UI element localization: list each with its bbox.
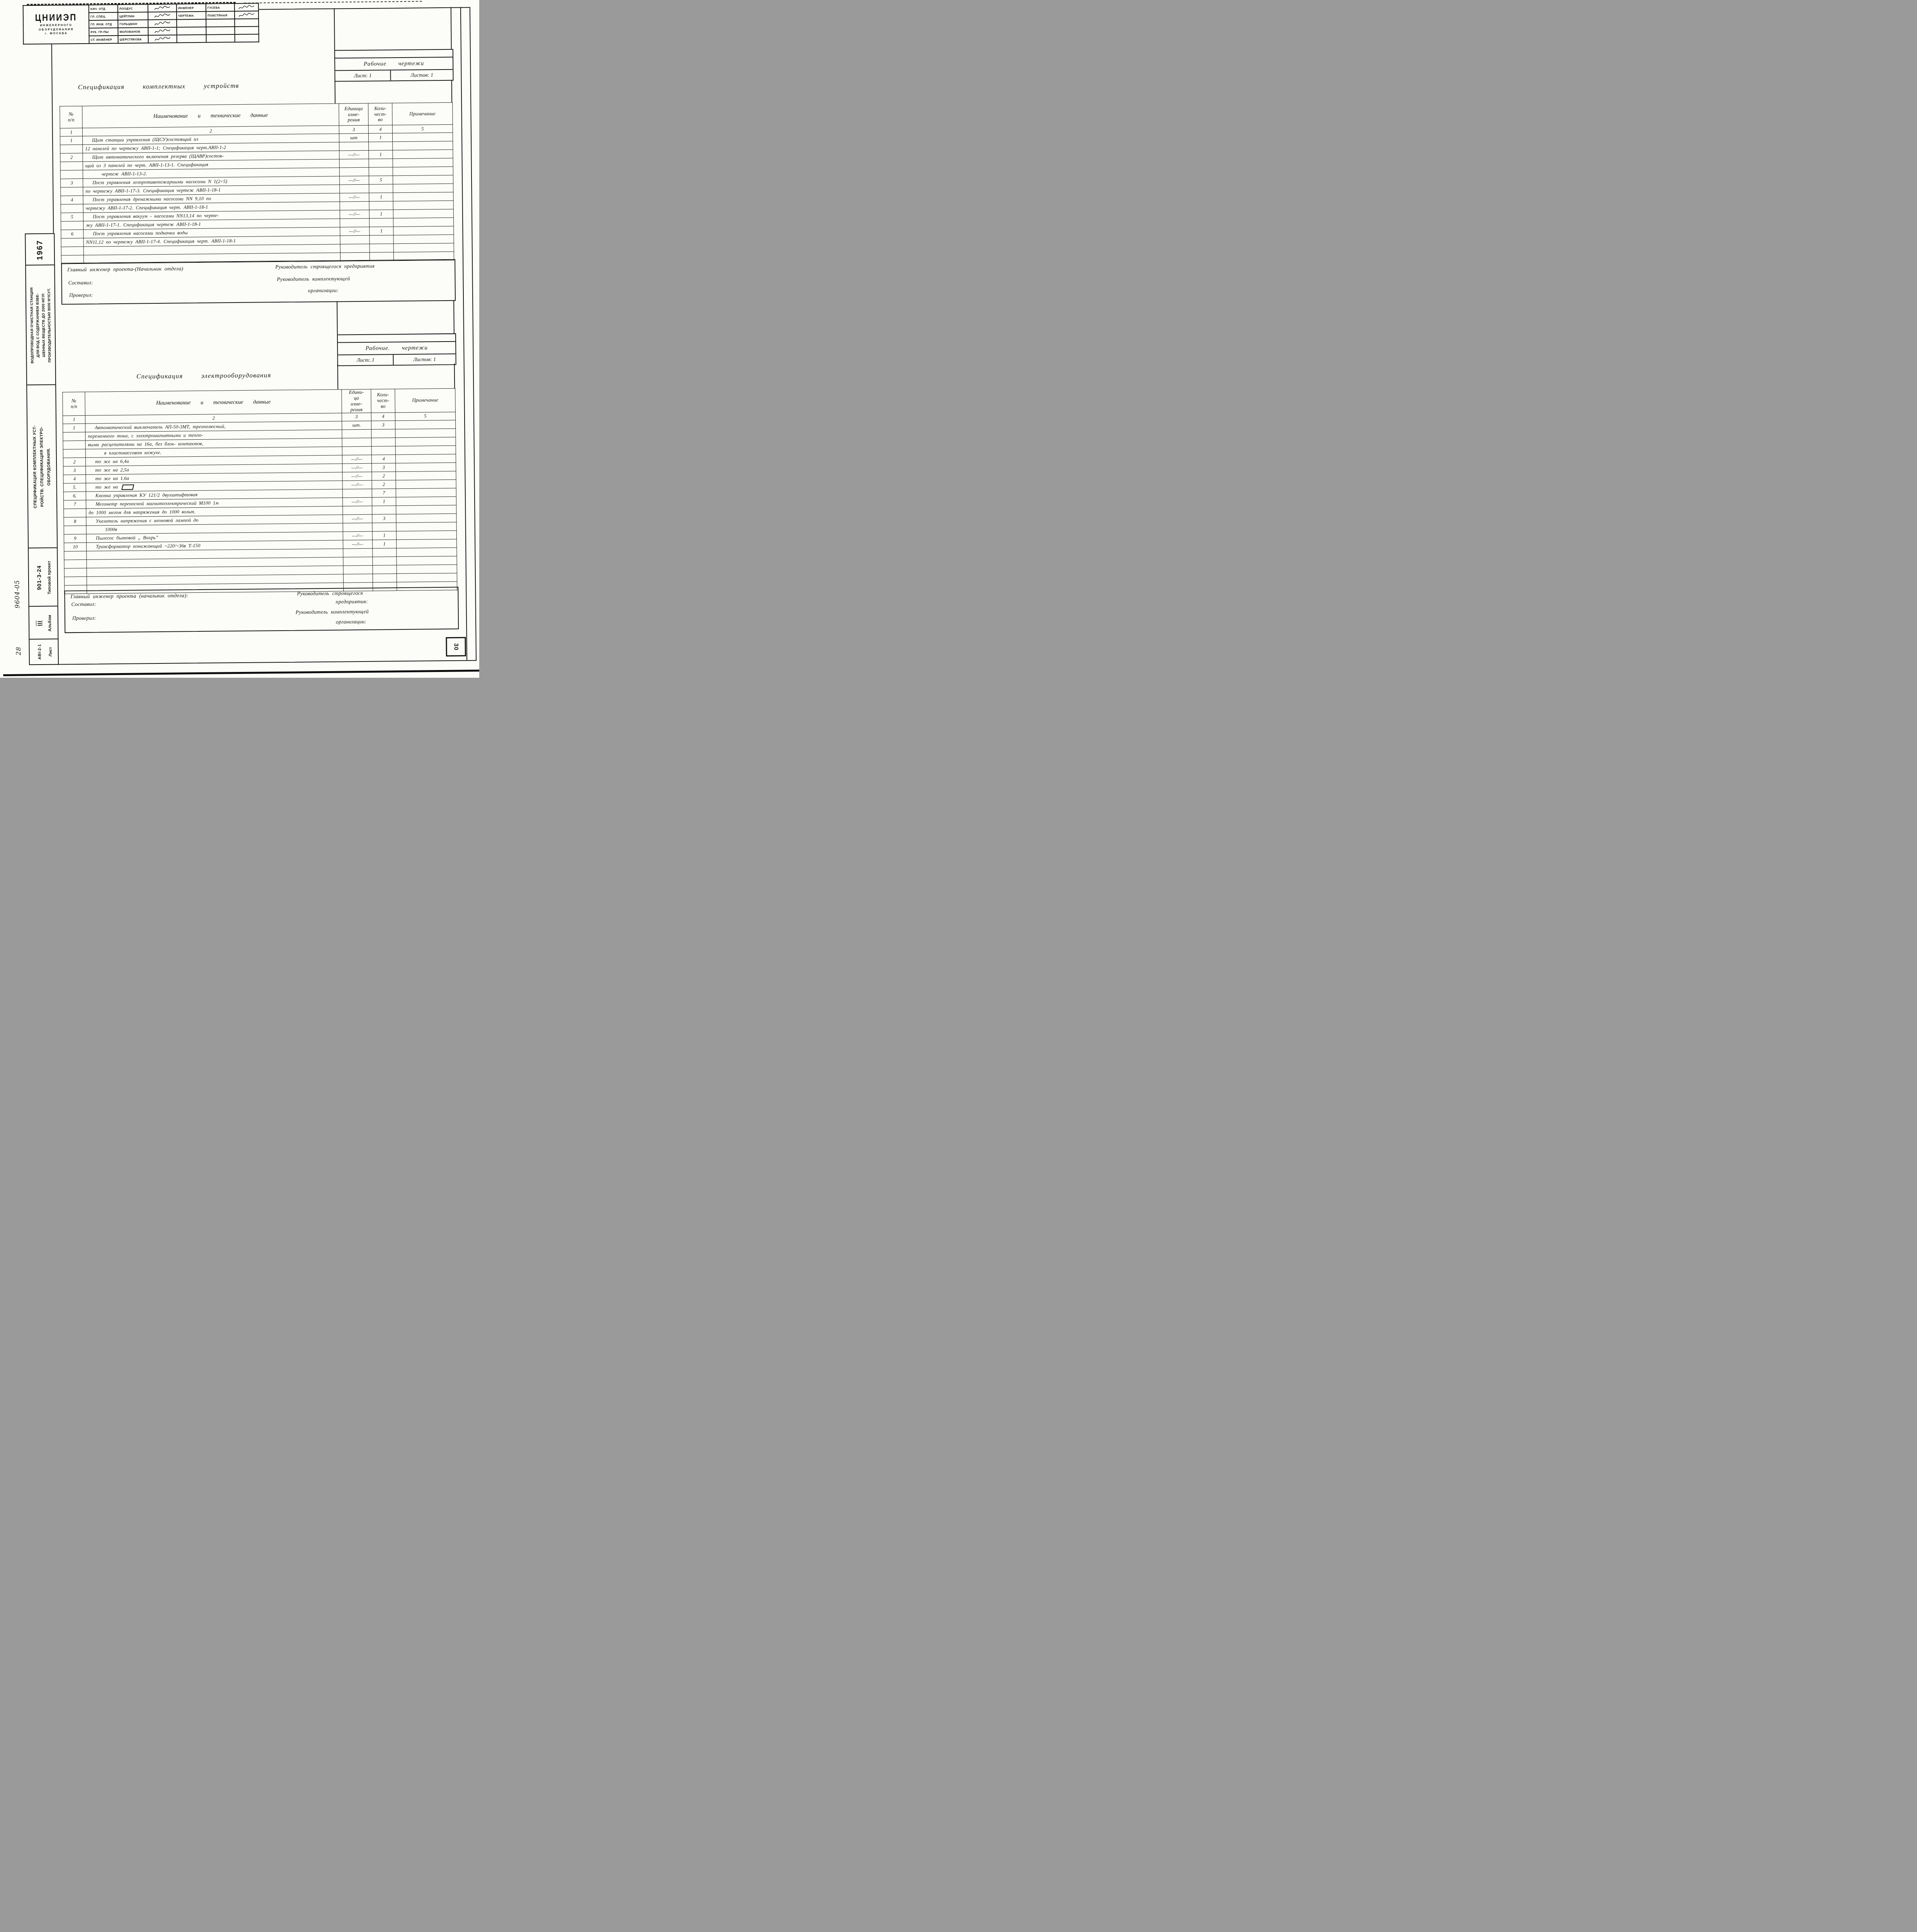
- row-number-cell: 2: [60, 153, 83, 162]
- note-cell: [396, 531, 456, 539]
- sheet-label: Лист: [48, 641, 53, 663]
- name-cell: [206, 34, 235, 43]
- col-header-note: Примечание: [395, 388, 456, 412]
- unit-cell: [342, 429, 371, 438]
- spec-table: № п/пНаименование и технические данныеЕд…: [60, 102, 454, 264]
- row-number-cell: 6.: [63, 492, 86, 500]
- project-description-box: ВОДОПРОВОДНАЯ ОЧИСТНАЯ СТАНЦИЯ ДЛЯ ВОД С…: [25, 265, 56, 386]
- quantity-cell: [369, 142, 393, 151]
- name-cell: [206, 27, 235, 35]
- row-number-cell: [63, 440, 85, 449]
- signature-cell: [148, 4, 177, 12]
- site-manager-label: Руководитель строящегося предприятия: [275, 263, 375, 270]
- note-cell: [393, 192, 453, 201]
- signature-cell: [148, 27, 177, 36]
- row-number-cell: [61, 221, 83, 230]
- row-number-cell: 8: [64, 517, 86, 526]
- position-cell: ИНЖЕНЕР: [177, 4, 206, 12]
- sheet-box: Лист АВI-2-1: [29, 639, 59, 665]
- note-cell: [397, 573, 457, 582]
- handwritten-number-note: 28: [10, 639, 26, 663]
- unit-cell: [343, 574, 373, 583]
- note-cell: [395, 446, 456, 454]
- unit-cell: —//—: [342, 472, 372, 481]
- signature-cell: [235, 3, 259, 11]
- note-cell: [393, 243, 454, 252]
- note-cell: [393, 184, 453, 192]
- note-cell: [395, 420, 456, 429]
- compiled-by-label: Составил:: [68, 280, 93, 286]
- working-drawings-title: Рабочие чертежи: [335, 58, 453, 71]
- album-box: Альбом III: [29, 606, 59, 641]
- quantity-cell: 1: [373, 539, 397, 548]
- unit-cell: —//—: [340, 193, 369, 202]
- year-box: 1967: [25, 233, 55, 267]
- signature-cell: [148, 12, 177, 20]
- signature-cell: [235, 19, 259, 27]
- quantity-cell: 5: [369, 176, 393, 185]
- checked-by-label: Проверил:: [69, 292, 93, 299]
- project-label: Типовой проект: [47, 550, 52, 604]
- unit-cell: [342, 489, 372, 498]
- unit-cell: —//—: [340, 210, 369, 219]
- project-number: 901-3-24: [36, 550, 42, 604]
- note-cell: [396, 497, 456, 505]
- row-number-cell: 3: [61, 179, 83, 187]
- col-header-note: Примечание: [392, 102, 453, 125]
- name-cell: ГОЛЬЦМАН: [118, 20, 148, 28]
- row-number-cell: 2: [63, 457, 85, 466]
- column-number: 1: [63, 415, 85, 424]
- position-cell: [177, 19, 206, 27]
- page-number: 30: [453, 643, 459, 650]
- signature-icon: [154, 28, 171, 34]
- unit-cell: —//—: [343, 514, 372, 523]
- row-number-cell: [64, 577, 87, 585]
- unit-cell: —//—: [343, 540, 373, 549]
- row-number-cell: [64, 551, 87, 560]
- note-cell: [396, 471, 456, 480]
- quantity-cell: [369, 201, 393, 210]
- unit-cell: —//—: [342, 497, 372, 506]
- row-number-cell: 6: [61, 230, 83, 238]
- col-header-unit: Едини- ца изме- рения: [342, 389, 371, 413]
- quantity-cell: [373, 565, 397, 574]
- quantity-cell: 2: [372, 471, 396, 480]
- quantity-cell: 3: [372, 463, 396, 472]
- table-1-title: Спецификация комплектных устройств: [78, 82, 239, 91]
- signature-cell: [235, 34, 259, 42]
- unit-cell: [343, 565, 373, 574]
- scan-artifact-dashes: [244, 1, 422, 3]
- checked-by-label: Проверил:: [72, 615, 96, 622]
- position-cell: [177, 35, 206, 43]
- unit-cell: —//—: [342, 463, 372, 472]
- col-header-num: № п/п: [60, 106, 83, 128]
- row-number-cell: [61, 187, 83, 196]
- sheets-total: Листов: 1: [393, 354, 455, 365]
- table-2-title: Спецификация электрооборудования: [136, 371, 271, 380]
- row-number-cell: 10: [64, 543, 87, 551]
- quantity-cell: [369, 159, 393, 168]
- position-cell: РУК. ГР-ПЫ: [89, 28, 118, 36]
- quantity-cell: [372, 505, 396, 514]
- unit-cell: [343, 548, 373, 557]
- quantity-cell: 3: [371, 420, 395, 429]
- note-cell: [393, 226, 454, 235]
- column-number: 5: [395, 412, 455, 420]
- row-number-cell: 7: [63, 500, 86, 509]
- row-number-cell: [60, 170, 83, 179]
- unit-cell: [340, 201, 369, 210]
- organization-label: организации:: [336, 619, 366, 625]
- position-cell: ЧЕРТЕЖН.: [177, 12, 206, 20]
- rectangle-symbol: [121, 485, 134, 490]
- note-cell: [393, 150, 453, 158]
- unit-cell: [339, 142, 369, 151]
- row-number-cell: 9: [64, 534, 86, 543]
- title-stamp-table: ЦНИИЭПИНЖЕНЕРНОГООБОРУДОВАНИЯг. МОСКВАНА…: [23, 3, 259, 44]
- note-cell: [397, 556, 457, 565]
- sheet-header-1: Рабочие чертежи Лист: 1 Листов: 1: [334, 49, 454, 82]
- org-line: г. МОСКВА: [25, 31, 87, 36]
- project-description: ВОДОПРОВОДНАЯ ОЧИСТНАЯ СТАНЦИЯ ДЛЯ ВОД С…: [29, 268, 53, 383]
- signature-cell: [148, 35, 177, 43]
- note-cell: [396, 463, 456, 471]
- note-cell: [393, 158, 453, 167]
- unit-cell: [343, 523, 372, 532]
- row-number-cell: [60, 162, 83, 170]
- sheets-total: Листов: 1: [391, 70, 453, 81]
- unit-cell: [342, 446, 371, 455]
- col-header-qty: Коли- чест- во: [368, 103, 393, 126]
- note-cell: [395, 437, 456, 446]
- spec-table-devices: № п/пНаименование и технические данныеЕд…: [60, 102, 454, 264]
- quantity-cell: [372, 522, 396, 531]
- project-number-box: Типовой проект 901-3-24: [28, 548, 58, 608]
- sheet-code: АВI-2-1: [37, 641, 43, 663]
- row-number-cell: 5: [61, 213, 83, 221]
- row-number-cell: [61, 247, 83, 255]
- sheet-number: Лист: 1: [335, 70, 391, 81]
- signature-cell: [235, 11, 259, 19]
- quantity-cell: [369, 218, 393, 227]
- note-cell: [396, 488, 456, 497]
- working-drawings-title: Рабочие. чертежи: [338, 342, 455, 355]
- row-number-cell: [63, 449, 85, 458]
- note-cell: [397, 539, 457, 548]
- page-number-badge: 30: [446, 637, 466, 656]
- unit-cell: [340, 244, 369, 253]
- name-cell: ШЕРСТЯКОВА: [118, 35, 148, 43]
- column-number: 4: [368, 125, 392, 134]
- note-cell: [397, 565, 457, 573]
- year-label: 1967: [35, 236, 44, 263]
- note-cell: [393, 235, 454, 243]
- row-number-cell: 1: [63, 423, 85, 432]
- unit-cell: —//—: [339, 150, 369, 159]
- note-cell: [396, 522, 456, 531]
- content-description-box: СПЕЦИФИКАЦИЯ КОМПЛЕКТНЫХ УСТ- РОЙСТВ. СП…: [26, 384, 58, 549]
- row-number-cell: [64, 568, 87, 577]
- signature-icon: [154, 36, 171, 42]
- row-number-cell: 5.: [63, 483, 86, 492]
- column-number: 5: [392, 124, 453, 133]
- note-cell: [393, 209, 453, 218]
- unit-cell: —//—: [339, 176, 369, 185]
- sheet-number: Лист:.1: [338, 355, 393, 365]
- quantity-cell: [373, 548, 397, 557]
- col-header-qty: Коли- чест- во: [371, 389, 395, 413]
- note-cell: [397, 548, 457, 556]
- note-cell: [393, 141, 453, 150]
- quantity-cell: 4: [371, 454, 395, 463]
- supply-manager-label: Руководитель комплектующей: [277, 276, 350, 282]
- scan-edge: [3, 670, 479, 676]
- column-number: 4: [371, 412, 395, 421]
- note-cell: [392, 133, 453, 141]
- unit-cell: —//—: [342, 480, 372, 489]
- note-cell: [395, 429, 456, 437]
- column-number: 3: [342, 413, 371, 421]
- position-cell: СТ. ИНЖЕНЕР: [89, 36, 118, 44]
- note-cell: [393, 201, 453, 209]
- quantity-cell: [369, 167, 393, 176]
- quantity-cell: [369, 235, 393, 244]
- quantity-cell: 1: [368, 133, 392, 142]
- signature-block-2: Главный инженер проекта (начальник отдел…: [64, 587, 459, 633]
- row-number-cell: [64, 560, 87, 568]
- quantity-cell: 1: [372, 531, 396, 540]
- row-number-cell: [64, 509, 86, 517]
- unit-cell: шт: [339, 133, 368, 142]
- spec-table: № п/пНаименование и технические данныеЕд…: [62, 388, 457, 594]
- note-cell: [396, 514, 456, 522]
- position-cell: НАЧ. ОТД.: [89, 5, 118, 13]
- name-cell: ГУСЕВА: [206, 3, 235, 12]
- quantity-cell: 2: [372, 480, 396, 489]
- col-header-name: Наименование и технические данные: [85, 389, 342, 415]
- unit-cell: [340, 218, 369, 227]
- enterprise-label: предприятия:: [335, 599, 368, 605]
- col-header-unit: Единица изме- рения: [339, 103, 369, 126]
- quantity-cell: 1: [369, 210, 393, 219]
- signature-cell: [235, 26, 259, 34]
- quantity-cell: 3: [372, 514, 396, 523]
- note-cell: [393, 167, 453, 175]
- quantity-cell: 1: [372, 497, 396, 506]
- row-number-cell: 4: [63, 474, 86, 483]
- row-number-cell: [64, 526, 86, 534]
- note-cell: [396, 480, 456, 488]
- name-cell: ЛООДУС: [118, 4, 148, 12]
- row-number-cell: [63, 432, 85, 441]
- row-number-cell: 3: [63, 466, 86, 475]
- position-cell: ГЛ. СПЕЦ.: [89, 12, 118, 20]
- signature-cell: [148, 20, 177, 28]
- scanned-specification-sheet: ЦНИИЭПИНЖЕНЕРНОГООБОРУДОВАНИЯг. МОСКВАНА…: [0, 0, 479, 678]
- unit-cell: [340, 184, 369, 193]
- signature-block-1: Главный инженер проекта-(Начальник отдел…: [61, 259, 456, 305]
- name-cell: [206, 19, 235, 27]
- row-number-cell: [61, 238, 83, 247]
- row-number-cell: [61, 204, 83, 213]
- supply-manager-label: Руководитель комплектующей: [296, 609, 369, 616]
- note-cell: [393, 218, 454, 226]
- unit-cell: [339, 167, 369, 176]
- note-cell: [395, 454, 456, 463]
- spec-table-electrical: № п/пНаименование и технические данныеЕд…: [62, 388, 457, 594]
- col-header-name: Наименование и технические данные: [82, 104, 339, 128]
- unit-cell: [343, 557, 373, 566]
- quantity-cell: [371, 446, 395, 455]
- album-label: Альбом: [47, 608, 52, 638]
- unit-cell: [340, 235, 369, 244]
- unit-cell: —//—: [342, 455, 371, 464]
- quantity-cell: [373, 556, 397, 565]
- chief-engineer-label: Главный инженер проекта (начальник отдел…: [70, 592, 188, 600]
- quantity-cell: 1: [369, 150, 393, 159]
- row-number-cell: 1: [60, 136, 82, 145]
- signature-icon: [154, 20, 171, 26]
- column-number: 1: [60, 128, 82, 136]
- chief-engineer-label: Главный инженер проекта-(Начальник отдел…: [67, 265, 183, 273]
- unit-cell: —//—: [340, 227, 369, 236]
- unit-cell: шт.: [342, 421, 371, 430]
- note-cell: [396, 505, 456, 514]
- signature-icon: [154, 5, 171, 11]
- column-number: 3: [339, 125, 368, 134]
- position-cell: ГЛ. ИНЖ. ОТД: [89, 20, 118, 28]
- note-cell: [393, 175, 453, 184]
- row-number-cell: 4: [61, 196, 83, 204]
- name-cell: ЦЕЙТЛИН: [118, 12, 148, 20]
- name-cell: ПОВСТЯНАЯ: [206, 11, 235, 19]
- unit-cell: —//—: [343, 531, 372, 540]
- col-header-num: № п/п: [63, 392, 85, 415]
- name-cell: МОЛОВАНОВ: [118, 27, 148, 36]
- signature-icon: [238, 12, 255, 18]
- compiled-by-label: Составил:: [71, 601, 96, 608]
- content-description: СПЕЦИФИКАЦИЯ КОМПЛЕКТНЫХ УСТ- РОЙСТВ. СП…: [31, 388, 53, 546]
- quantity-cell: 1: [369, 193, 393, 202]
- quantity-cell: [371, 429, 395, 438]
- sheet-header-2: Рабочие. чертежи Лист:.1 Листов: 1: [337, 333, 456, 366]
- organization-label: организации:: [308, 287, 339, 294]
- position-cell: [177, 27, 206, 35]
- signature-icon: [154, 13, 171, 19]
- quantity-cell: [369, 244, 393, 253]
- org-title: ЦНИИЭП: [25, 12, 87, 24]
- header-row: № п/пНаименование и технические данныеЕд…: [60, 102, 453, 128]
- quantity-cell: 7: [372, 488, 396, 497]
- quantity-cell: [369, 184, 393, 193]
- album-number: III: [36, 608, 43, 638]
- org-cell: ЦНИИЭПИНЖЕНЕРНОГООБОРУДОВАНИЯг. МОСКВА: [23, 5, 89, 44]
- quantity-cell: 1: [369, 227, 393, 236]
- unit-cell: [339, 159, 369, 168]
- quantity-cell: [371, 437, 395, 446]
- site-manager-label: Руководитель строящегося: [297, 590, 363, 597]
- header-row: № п/пНаименование и технические данныеЕд…: [63, 388, 456, 415]
- row-number-cell: [60, 145, 83, 153]
- handwritten-code-note: 9604-05: [9, 567, 26, 621]
- quantity-cell: [373, 573, 397, 582]
- signature-icon: [238, 4, 255, 10]
- unit-cell: [343, 506, 372, 515]
- unit-cell: [342, 438, 371, 447]
